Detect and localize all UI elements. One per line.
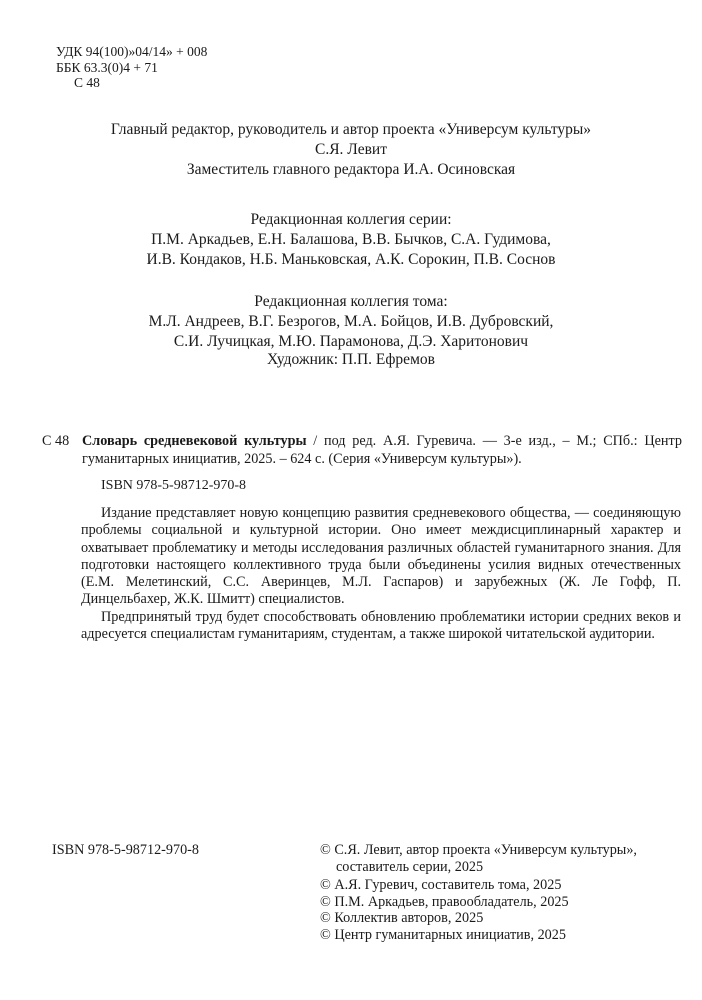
bibliographic-entry: С 48 Словарь средневековой культуры / по… xyxy=(42,432,682,468)
artist-credit: Художник: П.П. Ефремов xyxy=(0,350,702,370)
chief-editor-role: Главный редактор, руководитель и автор п… xyxy=(0,120,702,140)
isbn-top: ISBN 978-5-98712-970-8 xyxy=(101,478,246,494)
chief-editor-block: Главный редактор, руководитель и автор п… xyxy=(0,120,702,180)
volume-board-line: С.И. Лучицкая, М.Ю. Парамонова, Д.Э. Хар… xyxy=(0,332,702,352)
copyright-block: © С.Я. Левит, автор проекта «Универсум к… xyxy=(320,842,690,944)
volume-board: Редакционная коллегия тома: М.Л. Андреев… xyxy=(0,292,702,352)
series-board-line: П.М. Аркадьев, Е.Н. Балашова, В.В. Бычко… xyxy=(0,230,702,250)
abstract-paragraph: Издание представляет новую концепцию раз… xyxy=(81,505,681,609)
chief-editor-name: С.Я. Левит xyxy=(0,140,702,160)
entry-code: С 48 xyxy=(42,432,69,450)
copyright-line: © П.М. Аркадьев, правообладатель, 2025 xyxy=(320,894,690,911)
deputy-editor: Заместитель главного редактора И.А. Осин… xyxy=(0,160,702,180)
classification-codes: УДК 94(100)»04/14» + 008 ББК 63.3(0)4 + … xyxy=(56,44,207,91)
entry-text: Словарь средневековой культуры / под ред… xyxy=(82,432,682,468)
volume-board-heading: Редакционная коллегия тома: xyxy=(0,292,702,312)
abstract: Издание представляет новую концепцию раз… xyxy=(81,505,681,643)
series-board: Редакционная коллегия серии: П.М. Аркадь… xyxy=(0,210,702,270)
series-board-line: И.В. Кондаков, Н.Б. Маньковская, А.К. Со… xyxy=(0,250,702,270)
artist-name: Художник: П.П. Ефремов xyxy=(0,350,702,370)
isbn-bottom: ISBN 978-5-98712-970-8 xyxy=(52,842,199,859)
book-title: Словарь средневековой культуры xyxy=(82,433,307,449)
copyright-line: © С.Я. Левит, автор проекта «Универсум к… xyxy=(320,842,690,875)
copyright-line: © Центр гуманитарных инициатив, 2025 xyxy=(320,927,690,944)
series-board-heading: Редакционная коллегия серии: xyxy=(0,210,702,230)
udk-code: УДК 94(100)»04/14» + 008 xyxy=(56,44,207,60)
abstract-paragraph: Предпринятый труд будет способствовать о… xyxy=(81,609,681,644)
bbk-code: ББК 63.3(0)4 + 71 xyxy=(56,60,207,76)
volume-board-line: М.Л. Андреев, В.Г. Безрогов, М.А. Бойцов… xyxy=(0,312,702,332)
author-mark: С 48 xyxy=(56,75,207,91)
copyright-line: © Коллектив авторов, 2025 xyxy=(320,910,690,927)
copyright-line: © А.Я. Гуревич, составитель тома, 2025 xyxy=(320,877,690,894)
